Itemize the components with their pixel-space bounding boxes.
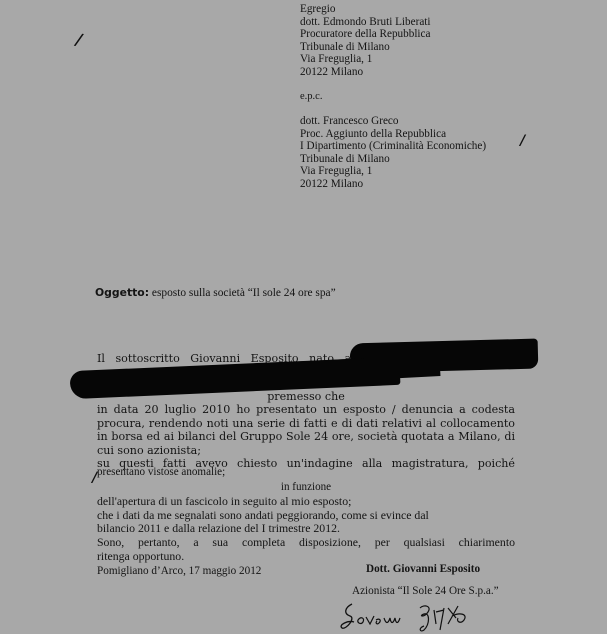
margin-pen-mark: /	[75, 30, 83, 50]
subject-label: Oggetto:	[95, 286, 149, 299]
signer-role: Azionista “Il Sole 24 Ore S.p.a.”	[352, 585, 499, 597]
cc-line: Tribunale di Milano	[300, 153, 486, 166]
cc-line: I Dipartimento (Criminalità Economiche)	[300, 140, 486, 153]
recipient-line: Egregio	[300, 3, 431, 16]
cc-address-block: dott. Francesco Greco Proc. Aggiunto del…	[300, 115, 486, 191]
cc-label: e.p.c.	[300, 91, 322, 102]
paragraph-line: procura, rendendo noti una serie di fatt…	[97, 417, 515, 431]
recipient-line: 20122 Milano	[300, 66, 431, 79]
paragraph-line: in data 20 luglio 2010 ho presentato un …	[97, 403, 515, 417]
recipient-line: dott. Edmondo Bruti Liberati	[300, 16, 431, 29]
signer-name: Dott. Giovanni Esposito	[366, 563, 480, 575]
handwritten-signature	[340, 600, 490, 634]
premesso-heading: premesso che	[97, 390, 515, 404]
paragraph-line: Sono, pertanto, a sua completa disposizi…	[97, 536, 515, 550]
paragraph-line: cui sono azionista;	[97, 444, 515, 458]
paragraph-line: in borsa ed ai bilanci del Gruppo Sole 2…	[97, 430, 515, 444]
paragraph-line: bilancio 2011 e dalla relazione del I tr…	[97, 522, 515, 536]
paragraph-1: in data 20 luglio 2010 ho presentato un …	[97, 403, 515, 471]
margin-pen-mark: /	[520, 133, 525, 149]
recipient-address-block: Egregio dott. Edmondo Bruti Liberati Pro…	[300, 3, 431, 79]
subject-text: esposto sulla società “Il sole 24 ore sp…	[152, 287, 336, 299]
paragraph-2: presentano vistose anomalie;	[97, 466, 515, 480]
cc-line: Via Freguglia, 1	[300, 165, 486, 178]
paragraph-line: dell'apertura di un fascicolo in seguito…	[97, 495, 515, 509]
cc-line: Proc. Aggiunto della Repubblica	[300, 128, 486, 141]
paragraph-line: ritenga opportuno.	[97, 550, 515, 564]
recipient-line: Procuratore della Repubblica	[300, 28, 431, 41]
paragraph-4: Sono, pertanto, a sua completa disposizi…	[97, 536, 515, 563]
recipient-line: Tribunale di Milano	[300, 41, 431, 54]
scanned-letter: / Egregio dott. Edmondo Bruti Liberati P…	[0, 0, 607, 634]
paragraph-3: dell'apertura di un fascicolo in seguito…	[97, 495, 515, 536]
place-and-date: Pomigliano d’Arco, 17 maggio 2012	[97, 565, 261, 577]
subject-line: Oggetto: esposto sulla società “Il sole …	[95, 286, 336, 299]
cc-line: dott. Francesco Greco	[300, 115, 486, 128]
paragraph-line: che i dati da me segnalati sono andati p…	[97, 509, 515, 523]
recipient-line: Via Freguglia, 1	[300, 53, 431, 66]
funzione-heading: in funzione	[97, 481, 515, 495]
cc-line: 20122 Milano	[300, 178, 486, 191]
